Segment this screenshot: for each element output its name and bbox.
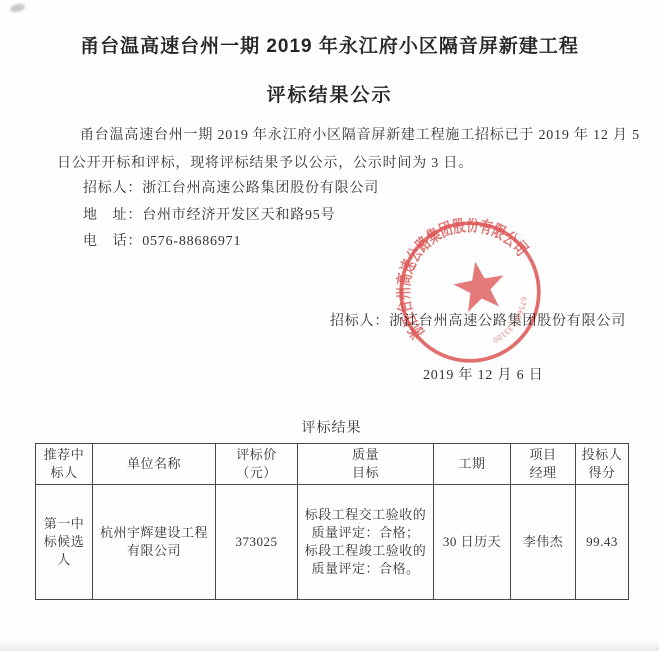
header-bidder-score: 投标人 得分 xyxy=(576,444,629,485)
scanned-document-page: 甬台温高速台州一期 2019 年永江府小区隔音屏新建工程 评标结果公示 甬台温高… xyxy=(0,0,659,651)
cell-candidate-rank: 第一中 标候选 人 xyxy=(36,485,93,600)
header-evaluated-price: 评标价 （元） xyxy=(216,444,298,485)
table-row: 第一中 标候选 人 杭州宇辉建设工程 有限公司 373025 标段工程交工验收的… xyxy=(36,485,629,600)
scan-artifact xyxy=(9,3,25,14)
phone-info-line: 电 话：0576-88686971 xyxy=(83,230,241,250)
tenderer-info-line: 招标人：浙江台州高速公路集团股份有限公司 xyxy=(83,177,379,197)
header-duration: 工期 xyxy=(434,444,511,485)
header-project-manager: 项目 经理 xyxy=(511,444,576,485)
paragraph-line-2: 日公开开标和评标，现将评标结果予以公示，公示时间为 3 日。 xyxy=(57,152,473,172)
header-company-name: 单位名称 xyxy=(93,444,216,485)
results-table-title: 评标结果 xyxy=(35,417,628,437)
scan-bottom-shadow xyxy=(0,639,659,651)
seal-graphic: 浙江台州高速公路集团股份有限公司 6756001331009 xyxy=(396,218,544,366)
seal-star-icon xyxy=(450,257,508,313)
cell-bidder-score: 99.43 xyxy=(576,485,629,600)
table-header-row: 推荐中 标人 单位名称 评标价 （元） 质量 目标 工期 项目 经理 投标人 得… xyxy=(36,444,629,485)
seal-serial-holder: 6756001331009 xyxy=(396,218,536,361)
paragraph-line-1: 甬台温高速台州一期 2019 年永江府小区隔音屏新建工程施工招标已于 2019 … xyxy=(80,124,640,144)
cell-duration: 30 日历天 xyxy=(434,485,511,600)
seal-ring xyxy=(396,218,544,366)
document-title-line1: 甬台温高速台州一期 2019 年永江府小区隔音屏新建工程 xyxy=(0,31,659,58)
official-company-seal: 浙江台州高速公路集团股份有限公司 6756001331009 xyxy=(396,218,544,366)
document-title-line2: 评标结果公示 xyxy=(0,80,659,107)
seal-serial-number: 6756001331009 xyxy=(396,218,536,361)
header-recommended-bidder: 推荐中 标人 xyxy=(36,444,93,485)
cell-evaluated-price: 373025 xyxy=(216,485,298,600)
address-info-line: 地 址：台州市经济开发区天和路95号 xyxy=(83,204,335,224)
cell-company-name: 杭州宇辉建设工程 有限公司 xyxy=(93,485,216,600)
cell-quality-target: 标段工程交工验收的 质量评定：合格； 标段工程竣工验收的 质量评定：合格。 xyxy=(298,485,434,600)
cell-project-manager: 李伟杰 xyxy=(511,485,576,600)
signature-tenderer-line: 招标人：浙江台州高速公路集团股份有限公司 xyxy=(330,310,626,330)
header-quality-target: 质量 目标 xyxy=(298,444,434,485)
signature-date: 2019 年 12 月 6 日 xyxy=(423,364,544,384)
bid-evaluation-results-table: 推荐中 标人 单位名称 评标价 （元） 质量 目标 工期 项目 经理 投标人 得… xyxy=(35,443,629,600)
